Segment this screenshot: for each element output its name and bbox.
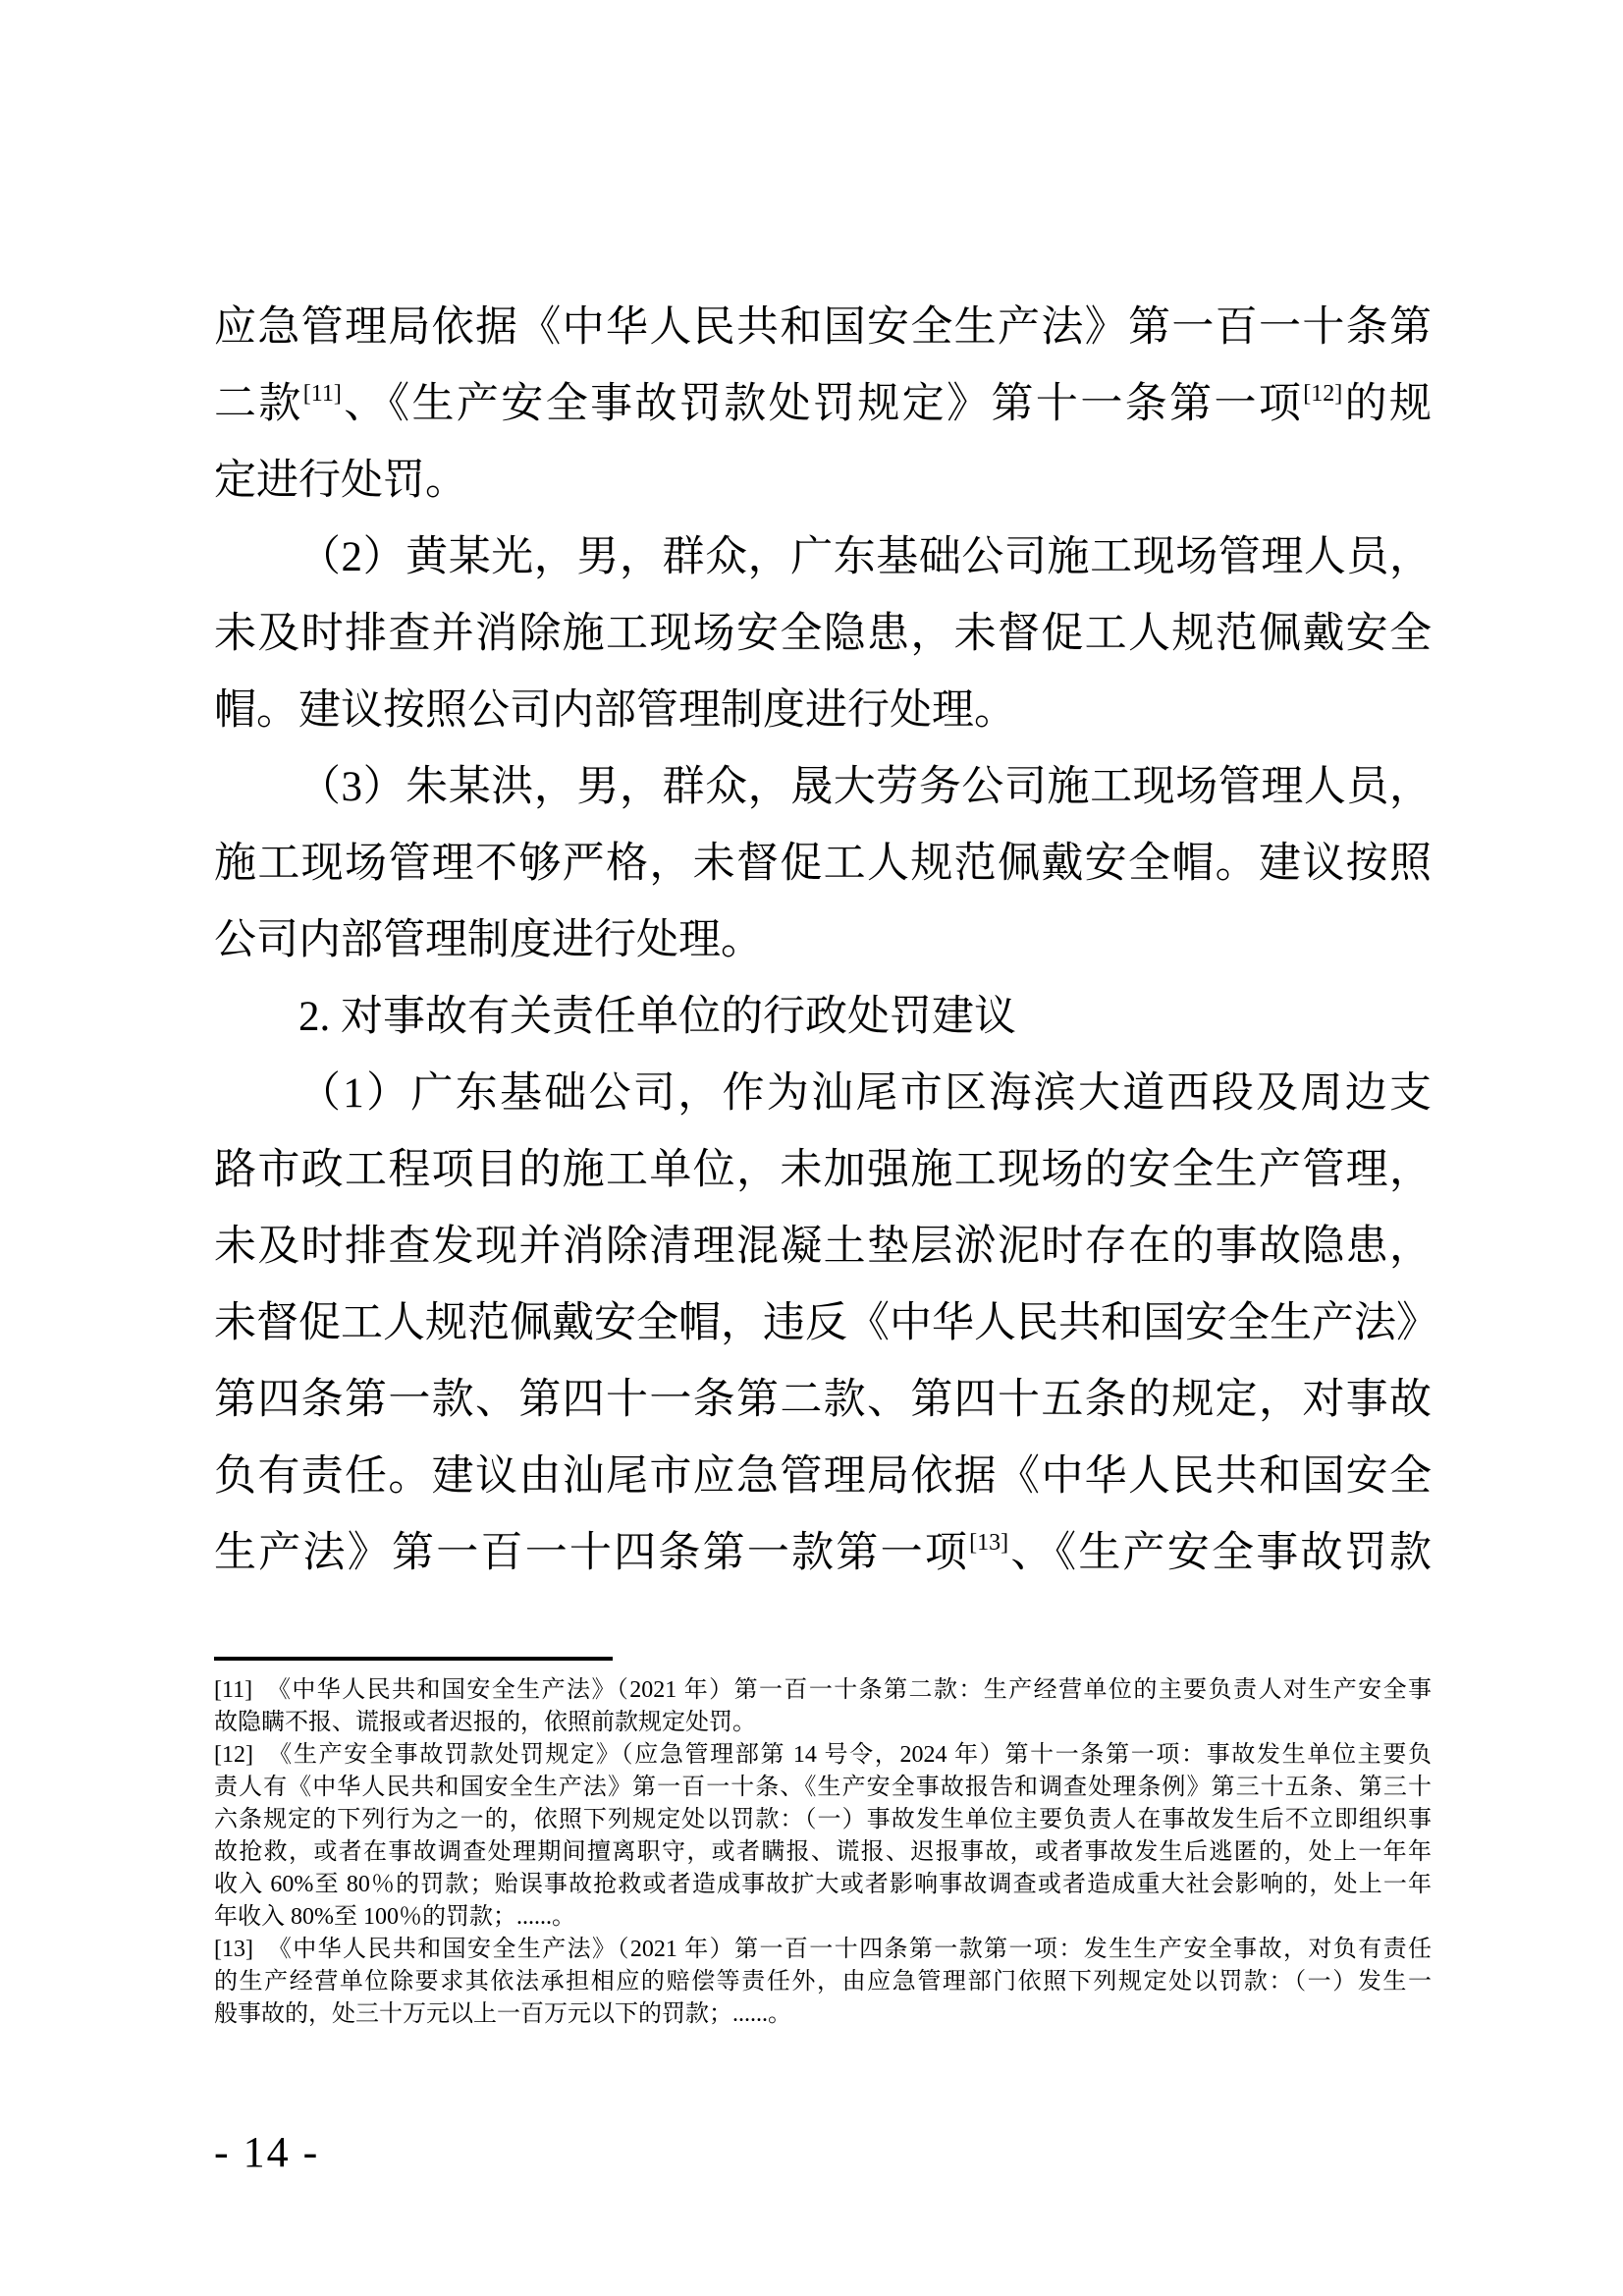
footnote-12-line-2: 责人有《中华人民共和国安全生产法》第一百一十条、《生产安全事故报告和调查处理条例… bbox=[214, 1772, 1432, 1804]
body-line-17-text: 、《生产安全事故罚款 bbox=[1008, 1530, 1432, 1576]
body-text-block: 应急管理局依据《中华人民共和国安全生产法》第一百一十条第 二款[11]、《生产安… bbox=[214, 290, 1432, 1592]
footnote-12-line-1: [12] 《生产安全事故罚款处罚规定》（应急管理部第 14 号令，2024 年）… bbox=[214, 1739, 1432, 1772]
body-line-12: 路市政工程项目的施工单位，未加强施工现场的安全生产管理， bbox=[214, 1132, 1432, 1209]
document-page: 应急管理局依据《中华人民共和国安全生产法》第一百一十条第 二款[11]、《生产安… bbox=[0, 0, 1623, 2296]
body-line-1: 应急管理局依据《中华人民共和国安全生产法》第一百一十条第 bbox=[214, 290, 1432, 366]
body-line-17-text: 生产法》第一百一十四条第一款第一项 bbox=[214, 1530, 969, 1576]
body-heading-line: 2. 对事故有关责任单位的行政处罚建议 bbox=[214, 979, 1432, 1056]
footnote-12-line-3: 六条规定的下列行为之一的，依照下列规定处以罚款：（一）事故发生单位主要负责人在事… bbox=[214, 1804, 1432, 1836]
footnote-13-line-1: [13] 《中华人民共和国安全生产法》（2021 年）第一百一十四条第一款第一项… bbox=[214, 1934, 1432, 1966]
body-line-8: 施工现场管理不够严格，未督促工人规范佩戴安全帽。建议按照 bbox=[214, 826, 1432, 902]
body-line-7: （3）朱某洪，男，群众，晟大劳务公司施工现场管理人员， bbox=[214, 749, 1432, 826]
footnote-ref-12: [12] bbox=[1303, 381, 1342, 407]
body-line-11: （1）广东基础公司，作为汕尾市区海滨大道西段及周边支 bbox=[214, 1056, 1432, 1132]
footnotes-block: [11] 《中华人民共和国安全生产法》（2021 年）第一百一十条第二款：生产经… bbox=[214, 1674, 1432, 2031]
footnote-ref-11: [11] bbox=[303, 381, 342, 407]
body-line-17: 生产法》第一百一十四条第一款第一项[13]、《生产安全事故罚款 bbox=[214, 1515, 1432, 1592]
footnote-11-line-1: [11] 《中华人民共和国安全生产法》（2021 年）第一百一十条第二款：生产经… bbox=[214, 1674, 1432, 1707]
body-line-3: 定进行处罚。 bbox=[214, 443, 1432, 519]
body-line-15: 第四条第一款、第四十一条第二款、第四十五条的规定，对事故 bbox=[214, 1362, 1432, 1439]
footnote-11-line-2: 故隐瞒不报、谎报或者迟报的，依照前款规定处罚。 bbox=[214, 1707, 1432, 1739]
body-line-2-text: 二款 bbox=[214, 381, 303, 427]
footnote-13-line-2: 的生产经营单位除要求其依法承担相应的赔偿等责任外，由应急管理部门依照下列规定处以… bbox=[214, 1966, 1432, 1998]
footnote-12-line-6: 年收入 80%至 100％的罚款；......。 bbox=[214, 1901, 1432, 1934]
body-line-5: 未及时排查并消除施工现场安全隐患，未督促工人规范佩戴安全 bbox=[214, 596, 1432, 673]
footnote-12-line-5: 收入 60%至 80％的罚款；贻误事故抢救或者造成事故扩大或者影响事故调查或者造… bbox=[214, 1869, 1432, 1901]
body-line-2-text: 的规 bbox=[1342, 381, 1432, 427]
body-line-2-text: 、《生产安全事故罚款处罚规定》第十一条第一项 bbox=[342, 381, 1303, 427]
body-line-4: （2）黄某光，男，群众，广东基础公司施工现场管理人员， bbox=[214, 519, 1432, 596]
footnote-12-line-4: 故抢救，或者在事故调查处理期间擅离职守，或者瞒报、谎报、迟报事故，或者事故发生后… bbox=[214, 1836, 1432, 1869]
footnote-separator bbox=[214, 1657, 613, 1661]
body-line-13: 未及时排查发现并消除清理混凝土垫层淤泥时存在的事故隐患， bbox=[214, 1209, 1432, 1285]
body-line-9: 公司内部管理制度进行处理。 bbox=[214, 902, 1432, 979]
body-line-14: 未督促工人规范佩戴安全帽，违反《中华人民共和国安全生产法》 bbox=[214, 1285, 1432, 1362]
body-line-2: 二款[11]、《生产安全事故罚款处罚规定》第十一条第一项[12]的规 bbox=[214, 366, 1432, 443]
footnote-ref-13: [13] bbox=[969, 1530, 1008, 1556]
footnote-13-line-3: 般事故的，处三十万元以上一百万元以下的罚款；......。 bbox=[214, 1998, 1432, 2031]
body-line-16: 负有责任。建议由汕尾市应急管理局依据《中华人民共和国安全 bbox=[214, 1439, 1432, 1515]
body-line-6: 帽。建议按照公司内部管理制度进行处理。 bbox=[214, 673, 1432, 749]
page-number: - 14 - bbox=[214, 2131, 319, 2174]
